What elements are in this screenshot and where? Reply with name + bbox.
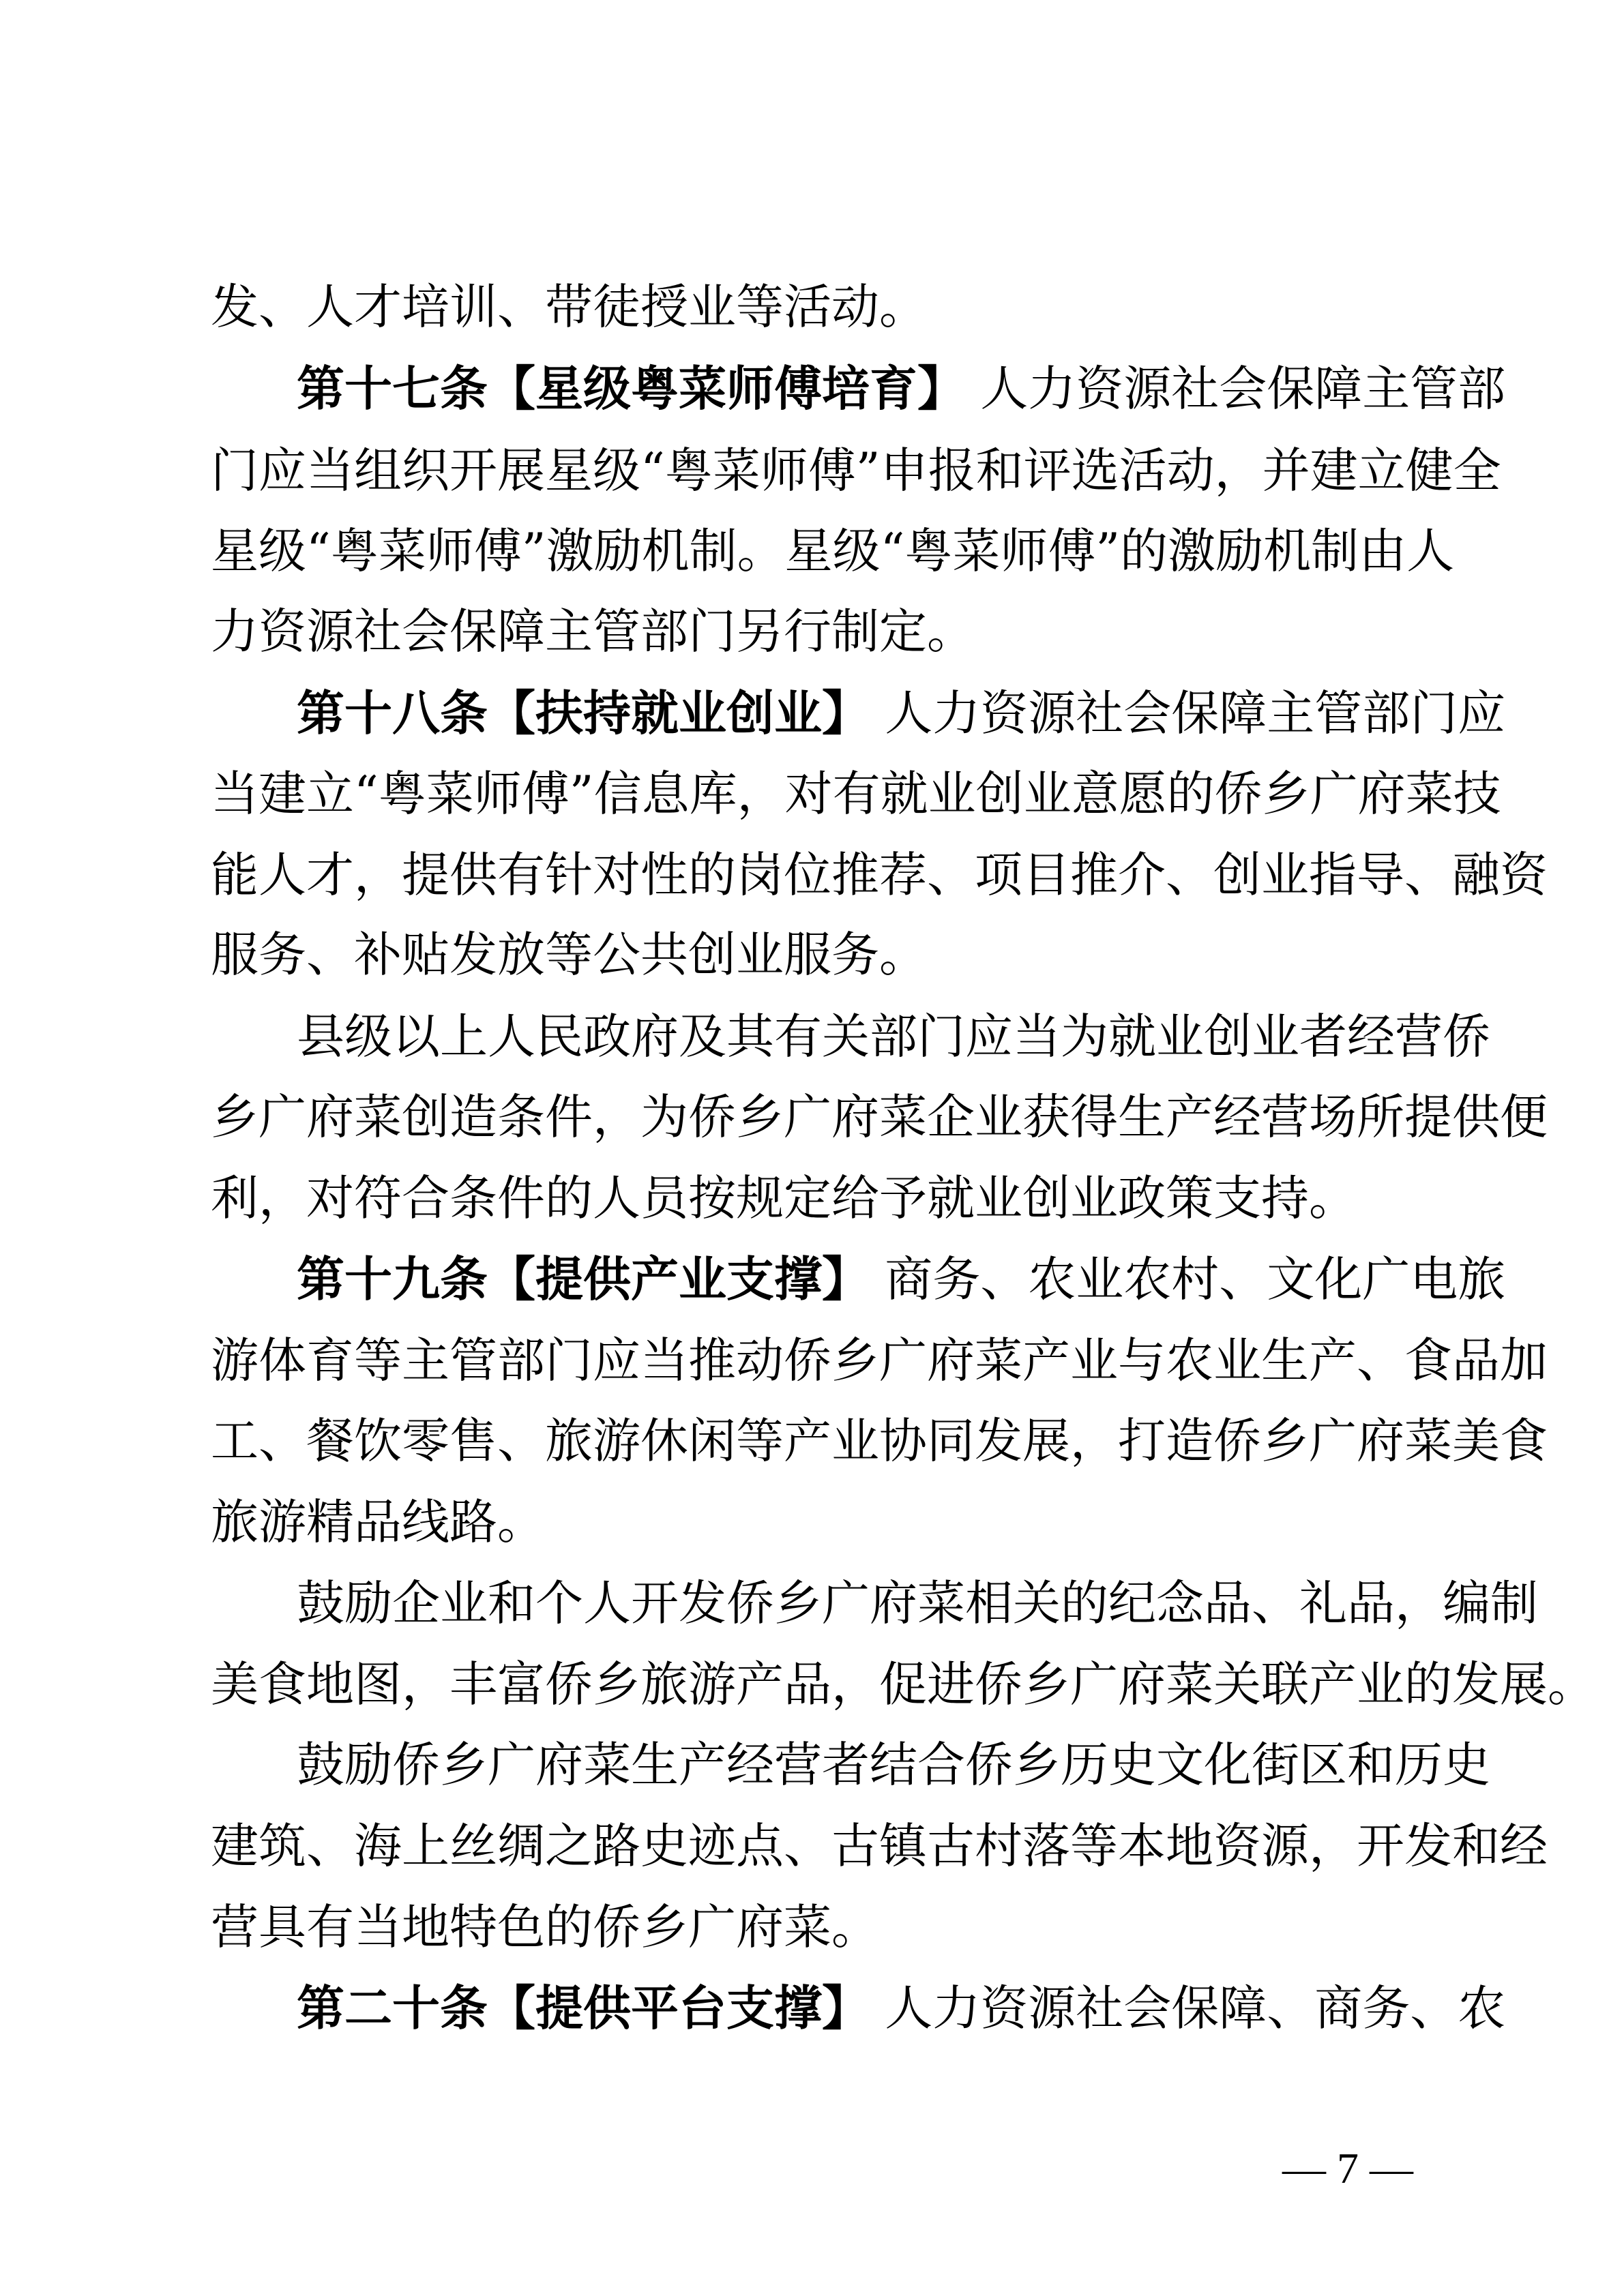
body-text-line: 服务、补贴发放等公共创业服务。 [211,927,1411,982]
body-text-line: 发、人才培训、带徒授业等活动。 [211,280,1411,334]
article-20-first-line: 第二十条【提供平台支撑】 人力资源社会保障、商务、农 [297,1981,1411,2036]
article-heading: 第十八条【扶持就业创业】 [297,685,870,741]
body-text-line: 门应当组织开展星级“粤菜师傅”申报和评选活动，并建立健全 [211,443,1411,498]
article-heading: 第二十条【提供平台支撑】 [297,1980,870,2036]
article-17-first-line: 第十七条【星级粤菜师傅培育】 人力资源社会保障主管部 [297,361,1411,416]
body-text-line: 力资源社会保障主管部门另行制定。 [211,604,1411,659]
article-19-first-line: 第十九条【提供产业支撑】 商务、农业农村、文化广电旅 [297,1252,1411,1307]
body-text-line: 当建立“粤菜师傅”信息库，对有就业创业意愿的侨乡广府菜技 [211,766,1411,821]
article-heading: 第十九条【提供产业支撑】 [297,1251,870,1307]
article-heading: 第十七条【星级粤菜师傅培育】 [297,361,965,417]
body-text-line: 鼓励企业和个人开发侨乡广府菜相关的纪念品、礼品，编制 [297,1576,1411,1630]
body-text-line: 利，对符合条件的人员按规定给予就业创业政策支持。 [211,1171,1411,1225]
article-18-first-line: 第十八条【扶持就业创业】 人力资源社会保障主管部门应 [297,686,1411,741]
body-text-line: 游体育等主管部门应当推动侨乡广府菜产业与农业生产、食品加 [211,1333,1411,1388]
body-text-line: 星级“粤菜师傅”激励机制。星级“粤菜师傅”的激励机制由人 [211,524,1411,578]
body-text-line: 工、餐饮零售、旅游休闲等产业协同发展，打造侨乡广府菜美食 [211,1414,1411,1468]
body-text-line: 能人才，提供有针对性的岗位推荐、项目推介、创业指导、融资 [211,848,1411,902]
body-text-line: 乡广府菜创造条件，为侨乡广府菜企业获得生产经营场所提供便 [211,1090,1411,1144]
body-text-line: 鼓励侨乡广府菜生产经营者结合侨乡历史文化街区和历史 [297,1738,1411,1792]
page-number: — 7 — [1282,2141,1413,2196]
body-text-line: 美食地图，丰富侨乡旅游产品，促进侨乡广府菜关联产业的发展。 [211,1657,1411,1712]
body-text-line: 建筑、海上丝绸之路史迹点、古镇古村落等本地资源，开发和经 [211,1819,1411,1873]
document-page: 发、人才培训、带徒授业等活动。 第十七条【星级粤菜师傅培育】 人力资源社会保障主… [0,0,1624,2296]
body-text-line: 县级以上人民政府及其有关部门应当为就业创业者经营侨 [297,1009,1411,1064]
body-text-line: 营具有当地特色的侨乡广府菜。 [211,1900,1411,1954]
body-text-line: 旅游精品线路。 [211,1495,1411,1549]
